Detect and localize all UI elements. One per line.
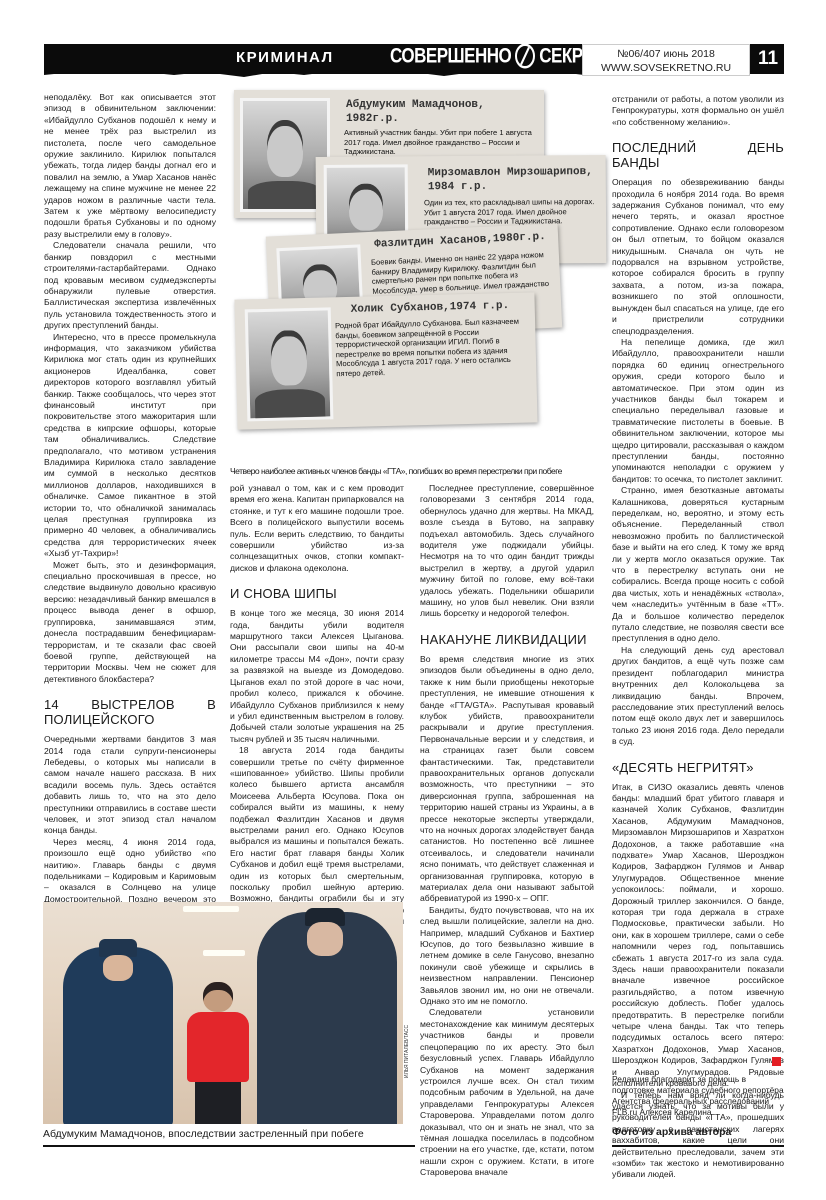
suspect-name: Мирзомавлон Мирзошарипов, 1984 г.р. — [428, 165, 593, 194]
suspect-photo — [245, 307, 334, 421]
paragraph: отстранили от работы, а потом уволили из… — [612, 94, 784, 128]
website-link[interactable]: WWW.SOVSEKRETNO.RU — [583, 61, 749, 75]
article-column-4: отстранили от работы, а потом уволили из… — [612, 94, 784, 1181]
issue-info: №06/407 июнь 2018 WWW.SOVSEKRETNO.RU — [582, 44, 750, 76]
suspect-name: Абдумуким Мамадчонов, 1982г.р. — [346, 98, 485, 126]
divider — [612, 1145, 784, 1147]
suspect-cards-collage: Абдумуким Мамадчонов, 1982г.р. Активный … — [230, 86, 610, 466]
officer-figure — [257, 912, 397, 1124]
article-column-3: Последнее преступление, совершённое голо… — [420, 483, 594, 1179]
paragraph: На следующий день суд арестовал других б… — [612, 645, 784, 748]
paragraph: Операция по обезвреживанию банды проходи… — [612, 177, 784, 337]
article-column-1: неподалёку. Вот как описывается этот эпи… — [44, 92, 216, 1031]
photo-credit: ИЛЬЯ ПИТАЛЕВ/ТАСС — [404, 1025, 410, 1078]
suspect-name: Фазлитдин Хасанов,1980г.р. — [374, 230, 546, 252]
paragraph: Во время следствия многие из этих эпизод… — [420, 654, 594, 905]
suspect-figure — [183, 982, 253, 1124]
paragraph: В конце того же месяца, 30 июня 2014 год… — [230, 608, 404, 745]
paragraph: Бандиты, будто почувствовав, что на их с… — [420, 905, 594, 1008]
paragraph: Следователи сначала решили, что банкир п… — [44, 240, 216, 331]
arrest-photo — [43, 902, 403, 1124]
globe-icon — [515, 44, 535, 69]
end-mark-icon — [772, 1057, 781, 1066]
suspect-card: Холик Субханов,1974 г.р. Родной брат Иба… — [234, 292, 537, 429]
paragraph: Интересно, что в прессе промелькнула инф… — [44, 332, 216, 560]
paragraph: неподалёку. Вот как описывается этот эпи… — [44, 92, 216, 240]
article-column-2: рой узнавал о том, как и с кем проводит … — [230, 483, 404, 939]
suspect-bio: Родной брат Ибайдулло Субханова. Был каз… — [335, 316, 530, 378]
suspect-bio: Один из тех, кто раскладывал шипы на дор… — [424, 197, 604, 227]
paragraph: Итак, в СИЗО оказались девять членов бан… — [612, 782, 784, 1090]
section-heading: 14 ВЫСТРЕЛОВ В ПОЛИЦЕЙСКОГО — [44, 697, 216, 727]
paragraph: Может быть, это и дезинформация, специал… — [44, 560, 216, 685]
officer-figure — [63, 947, 173, 1124]
section-heading: НАКАНУНЕ ЛИКВИДАЦИИ — [420, 632, 594, 647]
issue-number: №06/407 июнь 2018 — [583, 47, 749, 61]
collage-caption: Четверо наиболее активных членов банды «… — [230, 466, 610, 476]
photo-source: Фото из архива автора — [612, 1126, 731, 1138]
suspect-bio: Активный участник банды. Убит при побеге… — [344, 128, 539, 157]
page-number: 11 — [752, 44, 784, 74]
suspect-name: Холик Субханов,1974 г.р. — [351, 299, 510, 317]
paragraph: На пепелище домика, где жил Ибайдулло, п… — [612, 337, 784, 485]
paragraph: Странно, имея безотказные автоматы Калаш… — [612, 485, 784, 645]
paragraph: Последнее преступление, совершённое голо… — [420, 483, 594, 620]
photo-caption: Абдумуким Мамадчонов, впоследствии застр… — [43, 1128, 364, 1140]
brand-word-left: СОВЕРШЕННО — [390, 44, 511, 69]
section-heading: «ДЕСЯТЬ НЕГРИТЯТ» — [612, 760, 784, 775]
section-heading: ПОСЛЕДНИЙ ДЕНЬ БАНДЫ — [612, 140, 784, 170]
section-heading: И СНОВА ШИПЫ — [230, 586, 404, 601]
paragraph: рой узнавал о том, как и с кем проводит … — [230, 483, 404, 574]
section-label: КРИМИНАЛ — [236, 49, 334, 66]
divider — [43, 1145, 415, 1147]
paragraph: Следователи установили местонахождение к… — [420, 1007, 594, 1178]
paragraph: Очередными жертвами бандитов 3 мая 2014 … — [44, 734, 216, 837]
acknowledgement: Редакция благодарит за помощь в подготов… — [612, 1074, 784, 1118]
